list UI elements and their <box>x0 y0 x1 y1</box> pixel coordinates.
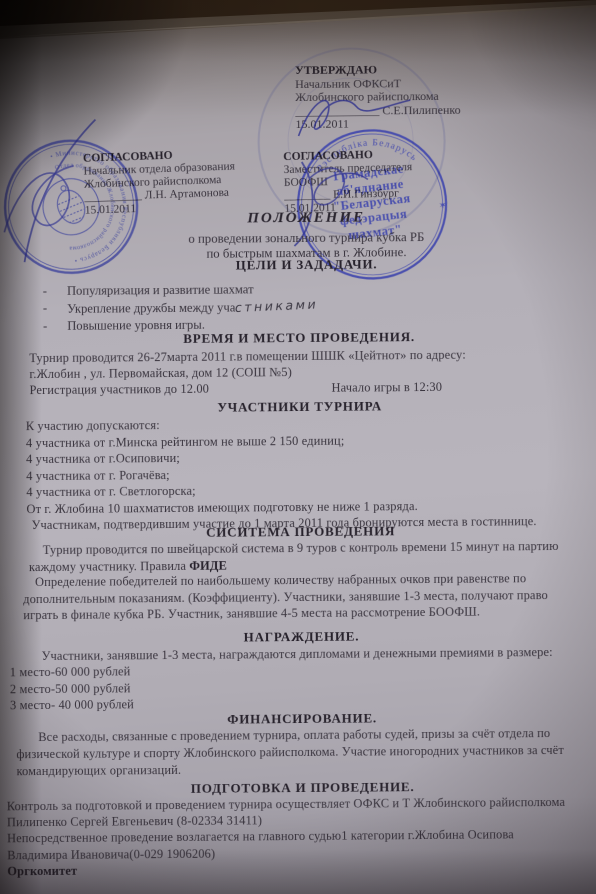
bullet-dash: - <box>43 300 47 318</box>
time-place-line: г.Жлобин , ул. Первомайская, дом 12 (СОШ… <box>29 364 292 383</box>
section-heading-goals: ЦЕЛИ И ЗАДАДАЧИ. <box>29 255 585 275</box>
bullet-dash: - <box>43 283 47 300</box>
award-line: 2 место-50 000 рублей <box>10 680 134 697</box>
goal-item: - Укрепление дружбы между участниками <box>43 298 319 318</box>
goals-list: - Популяризация и развитие шахмат - Укре… <box>43 281 319 335</box>
participants-lines: К участию допускаются: 4 участника от г.… <box>26 414 537 534</box>
awards-intro: Участники, занявшие 1-3 места, награждаю… <box>10 644 588 665</box>
start-time: Начало игры в 12:30 <box>331 379 442 396</box>
document-content: УТВЕРЖДАЮ Начальник ОФКСиТ Жлобинского р… <box>0 0 596 894</box>
awards-lines: 1 место-60 000 рублей 2 место-50 000 руб… <box>10 663 134 713</box>
system-paragraph-2: Определение победителей по наибольшему к… <box>23 570 579 624</box>
award-line: 1 место-60 000 рублей <box>10 663 134 680</box>
document-title: ПОЛОЖЕНИЕ <box>28 208 584 229</box>
award-line: 3 место- 40 000 рублей <box>10 696 134 713</box>
financing-paragraph: Все расходы, связанные с проведением тур… <box>16 725 582 780</box>
registration-time: Регистрация участников до 12.00 <box>29 381 209 399</box>
goal-text: Укрепление дружбы между участниками <box>67 298 319 318</box>
goal-text: Популяризация и развитие шахмат <box>67 281 254 299</box>
preparation-lines: Контроль за подготовкой и проведением ту… <box>7 794 596 880</box>
fide-rules-label: ФИДЕ <box>189 558 227 572</box>
photographed-document: УТВЕРЖДАЮ Начальник ОФКСиТ Жлобинского р… <box>0 0 596 894</box>
approval-heading: УТВЕРЖДАЮ <box>295 63 460 78</box>
section-heading-time-place: ВРЕМЯ И МЕСТО ПРОВЕДЕНИЯ. <box>19 328 579 348</box>
handwritten-correction: стниками <box>235 295 319 316</box>
